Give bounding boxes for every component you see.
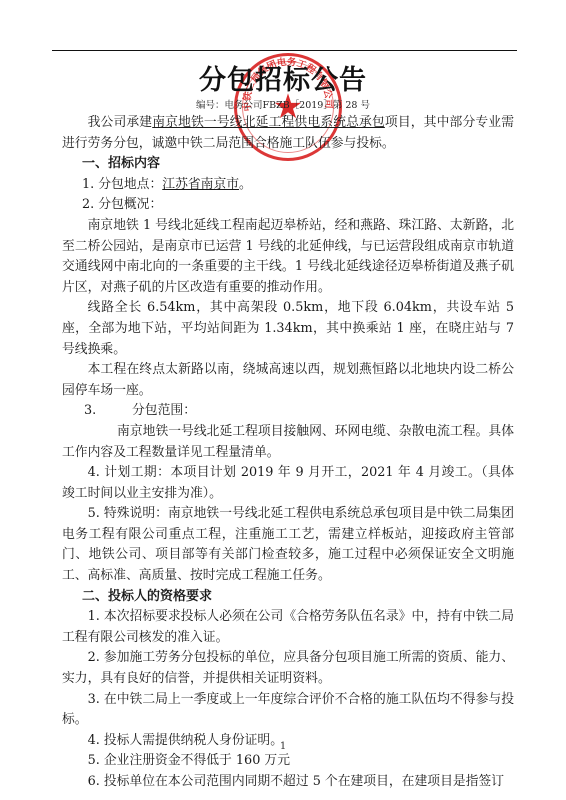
overview-paragraph-2: 线路全长 6.54km，其中高架段 0.5km，地下段 6.04km，共设车站 … bbox=[62, 298, 514, 360]
header-rule bbox=[52, 50, 517, 51]
document-page: 中铁二局集团电务工程有限公司 ★ 分包招标公告 编号：电务公司FBZB［2019… bbox=[0, 0, 566, 800]
location-item: 1. 分包地点：江苏省南京市。 bbox=[62, 175, 514, 196]
section-heading-1: 一、招标内容 bbox=[62, 154, 514, 175]
overview-paragraph-1: 南京地铁 1 号线北延线工程南起迈皋桥站，经和燕路、珠江路、太新路，北至二桥公园… bbox=[62, 216, 514, 298]
scope-paragraph: 南京地铁一号线北延工程项目接触网、环网电缆、杂散电流工程。具体工作内容及工程数量… bbox=[62, 422, 514, 463]
project-name: 南京地铁一号线北延工程供电系统总承包 bbox=[152, 115, 385, 130]
page-title: 分包招标公告 bbox=[0, 58, 566, 97]
overview-label: 2. 分包概况： bbox=[62, 195, 514, 216]
scope-label: 3.分包范围： bbox=[62, 401, 514, 422]
requirement-item: 6. 投标单位在本公司范围内同期不超过 5 个在建项目，在建项目是指签订 bbox=[62, 772, 514, 793]
document-number: 编号：电务公司FBZB［2019］第 28 号 bbox=[0, 97, 566, 111]
requirement-item: 1. 本次招标要求投标人必须在公司《合格劳务队伍名录》中，持有中铁二局工程有限公… bbox=[62, 607, 514, 648]
document-body: 我公司承建南京地铁一号线北延工程供电系统总承包项目，其中部分专业需进行劳务分包，… bbox=[62, 113, 514, 793]
section-heading-2: 二、投标人的资格要求 bbox=[62, 587, 514, 608]
requirement-item: 3. 在中铁二局上一季度或上一年度综合评价不合格的施工队伍均不得参与投标。 bbox=[62, 690, 514, 731]
schedule-paragraph: 4. 计划工期：本项目计划 2019 年 9 月开工，2021 年 4 月竣工。… bbox=[62, 463, 514, 504]
page-number: 1 bbox=[0, 741, 566, 752]
requirement-item: 2. 参加施工劳务分包投标的单位，应具备分包项目施工所需的资质、能力、实力，具有… bbox=[62, 648, 514, 689]
intro-paragraph: 我公司承建南京地铁一号线北延工程供电系统总承包项目，其中部分专业需进行劳务分包，… bbox=[62, 113, 514, 154]
requirement-item: 5. 企业注册资金不得低于 160 万元 bbox=[62, 751, 514, 772]
special-note-paragraph: 5. 特殊说明：南京地铁一号线北延工程供电系统总承包项目是中铁二局集团电务工程有… bbox=[62, 504, 514, 586]
overview-paragraph-3: 本工程在终点太新路以南，绕城高速以西，规划燕恒路以北地块内设二桥公园停车场一座。 bbox=[62, 360, 514, 401]
location-value: 江苏省南京市 bbox=[162, 177, 239, 192]
